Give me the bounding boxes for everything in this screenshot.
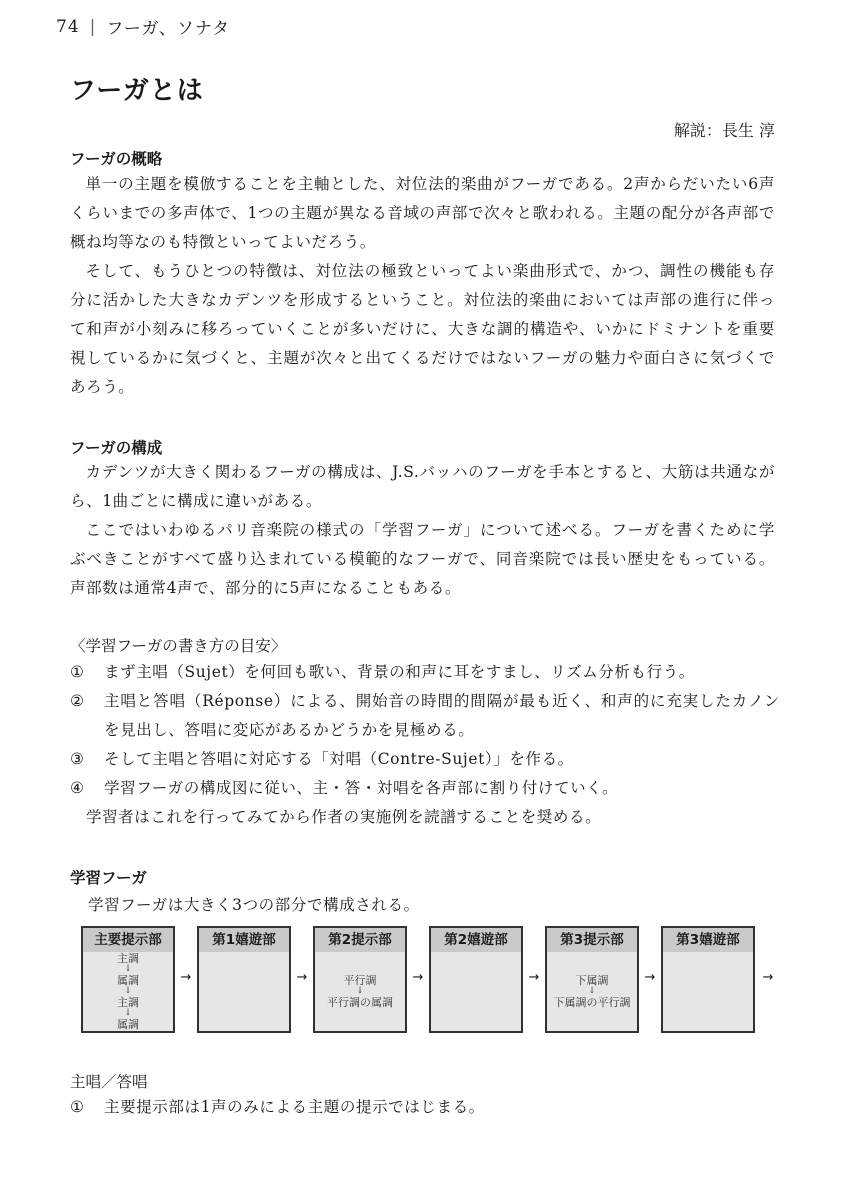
right-arrow-icon: → <box>175 970 197 985</box>
paragraph: 単一の主題を模倣することを主軸とした、対位法的楽曲がフーガである。2声からだいた… <box>70 170 775 257</box>
box-episode-1: 第1嬉遊部 <box>197 926 291 1033</box>
heading-subject-answer: 主唱／答唱 <box>70 1070 148 1092</box>
guide-note: 学習者はこれを行ってみてから作者の実施例を読譜することを奨める。 <box>70 803 780 832</box>
heading-study-fugue: 学習フーガ <box>70 866 147 888</box>
author-credit: 解説：長生 淳 <box>674 118 775 141</box>
paragraph: カデンツが大きく関わるフーガの構成は、J.S.バッハのフーガを手本とすると、大筋… <box>70 458 775 516</box>
page-number: 74 <box>56 17 80 37</box>
list-item: ① 主要提示部は1声のみによる主題の提示ではじまる。 <box>70 1093 780 1122</box>
right-arrow-icon: → <box>757 970 779 985</box>
box-episode-2: 第2嬉遊部 <box>429 926 523 1033</box>
overview-text: 単一の主題を模倣することを主軸とした、対位法的楽曲がフーガである。2声からだいた… <box>70 170 775 402</box>
list-item: ② 主唱と答唱（Réponse）による、開始音の時間的間隔が最も近く、和声的に充… <box>70 687 780 745</box>
paragraph: ここではいわゆるパリ音楽院の様式の「学習フーガ」について述べる。フーガを書くため… <box>70 516 775 603</box>
page-title: フーガとは <box>70 70 204 107</box>
running-header: 74 | フーガ、ソナタ <box>56 14 230 39</box>
down-arrow-icon: ↓ <box>588 987 596 996</box>
heading-guide: 〈学習フーガの書き方の目安〉 <box>70 634 286 656</box>
list-item: ③ そして主唱と答唱に対応する「対唱（Contre-Sujet）」を作る。 <box>70 745 780 774</box>
right-arrow-icon: → <box>291 970 313 985</box>
box-exposition-3: 第3提示部 下属調 ↓ 下属調の平行調 <box>545 926 639 1033</box>
header-separator: | <box>90 17 97 37</box>
down-arrow-icon: ↓ <box>124 987 132 996</box>
down-arrow-icon: ↓ <box>124 965 132 974</box>
box-main-exposition: 主要提示部 主調 ↓ 属調 ↓ 主調 ↓ 属調 <box>81 926 175 1033</box>
heading-structure: フーガの構成 <box>70 436 162 458</box>
down-arrow-icon: ↓ <box>124 1009 132 1018</box>
paragraph: そして、もうひとつの特徴は、対位法の極致といってよい楽曲形式で、かつ、調性の機能… <box>70 257 775 402</box>
structure-text: カデンツが大きく関わるフーガの構成は、J.S.バッハのフーガを手本とすると、大筋… <box>70 458 775 603</box>
right-arrow-icon: → <box>407 970 429 985</box>
list-item: ① まず主唱（Sujet）を何回も歌い、背景の和声に耳をすまし、リズム分析も行う… <box>70 658 780 687</box>
box-exposition-2: 第2提示部 平行調 ↓ 平行調の属調 <box>313 926 407 1033</box>
study-fugue-intro: 学習フーガは大きく3つの部分で構成される。 <box>88 893 420 915</box>
guide-list: ① まず主唱（Sujet）を何回も歌い、背景の和声に耳をすまし、リズム分析も行う… <box>70 658 780 832</box>
list-item: ④ 学習フーガの構成図に従い、主・答・対唱を各声部に割り付けていく。 <box>70 774 780 803</box>
subject-answer-list: ① 主要提示部は1声のみによる主題の提示ではじまる。 <box>70 1093 780 1122</box>
heading-overview: フーガの概略 <box>70 147 162 169</box>
down-arrow-icon: ↓ <box>356 987 364 996</box>
chapter-title: フーガ、ソナタ <box>106 14 230 39</box>
box-episode-3: 第3嬉遊部 <box>661 926 755 1033</box>
right-arrow-icon: → <box>523 970 545 985</box>
fugue-structure-diagram: 主要提示部 主調 ↓ 属調 ↓ 主調 ↓ 属調 → 第1嬉遊部 → 第2提示部 … <box>81 926 779 1033</box>
right-arrow-icon: → <box>639 970 661 985</box>
